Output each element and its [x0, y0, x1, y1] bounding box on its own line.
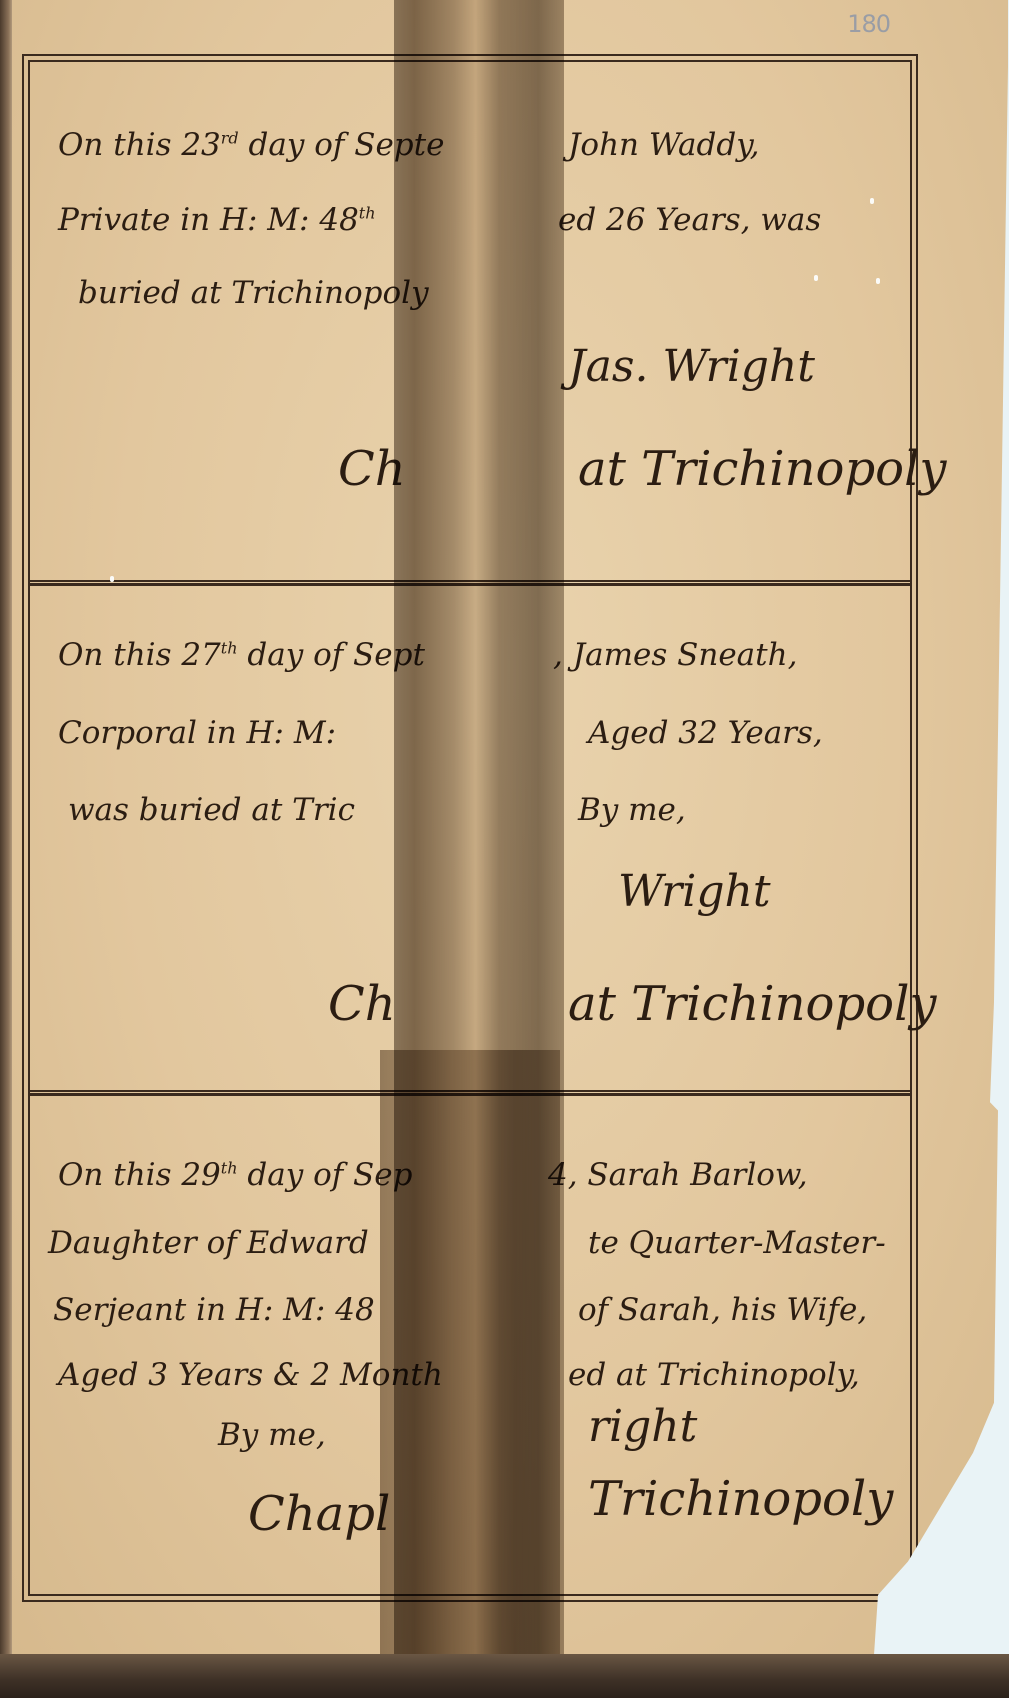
desk-surface	[0, 1654, 1009, 1698]
paper-speck	[814, 275, 818, 281]
repair-tape-strip-lower	[380, 1050, 560, 1698]
entry-date: On this 27th day of Sept	[58, 640, 425, 671]
paper-speck	[876, 278, 880, 284]
entry-rank: Serjeant in H: M: 48	[53, 1295, 375, 1326]
entry-date: On this 23rd day of Septe	[58, 130, 444, 161]
entry-parent-rank: te Quarter-Master-	[588, 1228, 886, 1259]
entry-by-me: By me,	[218, 1420, 326, 1451]
entry-name: 4, Sarah Barlow,	[548, 1160, 808, 1191]
signature-title-right: at Trichinopoly	[568, 980, 937, 1028]
paper-speck	[110, 576, 114, 582]
signature-name: Jas. Wright	[568, 345, 815, 389]
entry-age: Aged 32 Years,	[588, 718, 823, 749]
entry-name: , James Sneath,	[553, 640, 797, 671]
entry-mother: of Sarah, his Wife,	[578, 1295, 867, 1326]
entry-rank: Corporal in H: M:	[58, 718, 336, 749]
entry-burial: was buried at Tric	[68, 795, 355, 826]
entry-burial: buried at Trichinopoly	[78, 278, 429, 309]
paper-speck	[870, 198, 874, 204]
entry-by-me: By me,	[578, 795, 686, 826]
entry-date: On this 29th day of Sep	[58, 1160, 412, 1191]
signature-title-right: at Trichinopoly	[578, 445, 947, 493]
entry-name: John Waddy,	[568, 130, 759, 161]
signature-name: Wright	[618, 870, 771, 914]
entry-burial: ed at Trichinopoly,	[568, 1360, 860, 1391]
signature-name: right	[588, 1405, 697, 1449]
book-spine	[0, 0, 12, 1698]
signature-title-left: Chapl	[248, 1490, 390, 1538]
entry-parent: Daughter of Edward	[48, 1228, 369, 1259]
signature-title-left: Ch	[328, 980, 396, 1028]
page-number: 180	[847, 10, 890, 38]
entry-rank: Private in H: M: 48th	[58, 205, 376, 236]
entry-age: ed 26 Years, was	[558, 205, 821, 236]
signature-title-right: Trichinopoly	[588, 1475, 893, 1523]
